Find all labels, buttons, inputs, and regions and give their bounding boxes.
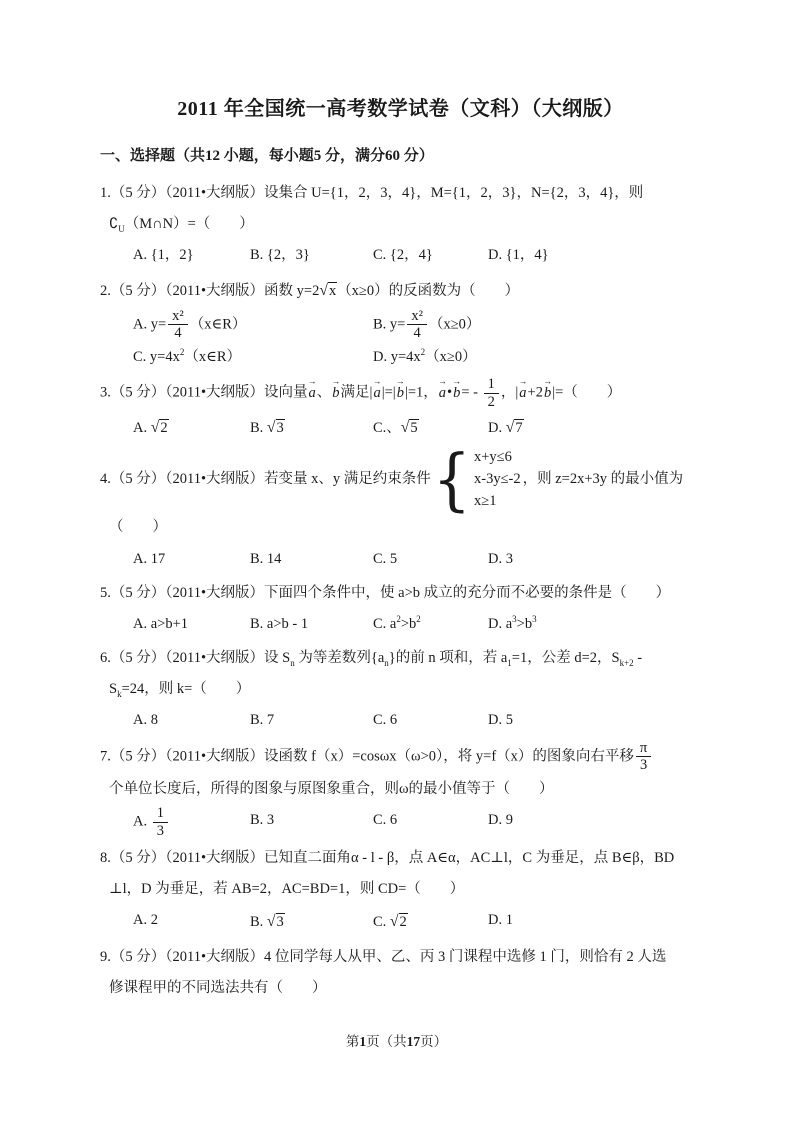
text-run: D. 9	[488, 812, 513, 828]
vector: a	[308, 378, 317, 409]
text-run: 为等差数列{a	[295, 650, 385, 666]
text-run: D. 1	[488, 912, 513, 928]
text-run: 8.（5 分）（2011•大纲版）已知直二面角α - l - β，点 A∈α，A…	[100, 850, 674, 866]
option-b: B. {2，3}	[250, 240, 373, 271]
question-8-line-2: ⊥l，D 为垂足，若 AB=2，AC=BD=1，则 CD=（ ）	[100, 874, 701, 905]
radicand: 7	[514, 419, 523, 437]
question-5: 5.（5 分）（2011•大纲版）下面四个条件中，使 a>b 成立的充分而不必要…	[100, 578, 701, 640]
vector: b	[452, 378, 461, 409]
radical-icon: √	[151, 419, 160, 436]
text-run: =24，则 k=（ ）	[122, 681, 251, 697]
option-d: D. y=4x2（x≥0）	[373, 342, 701, 373]
square-root: √3	[267, 914, 285, 930]
square-root: √2	[151, 420, 169, 436]
denominator: 4	[168, 325, 188, 342]
text-run: 修课程甲的不同选法共有（ ）	[109, 980, 327, 996]
radicand: 5	[409, 419, 418, 437]
radicand: x	[328, 282, 337, 300]
option-a: A. 8	[133, 705, 250, 736]
section-heading: 一、选择题（共12 小题，每小题5 分，满分60 分）	[100, 145, 701, 168]
option-c: C. {2，4}	[373, 240, 488, 271]
question-7-line-2: 个单位长度后，所得的图象与原图象重合，则ω的最小值等于（ ）	[100, 774, 701, 805]
question-1-line-2: ∁U（M∩N）=（ ）	[100, 209, 701, 240]
vector: b	[331, 378, 340, 409]
option-c: C. a2>b2	[373, 609, 488, 640]
fraction: π3	[636, 740, 651, 774]
square-root: √5	[401, 420, 419, 436]
question-2: 2.（5 分）（2011•大纲版）函数 y=2√x（x≥0）的反函数为（ ） A…	[100, 274, 701, 373]
text-run: B. a>b - 1	[250, 616, 308, 632]
text-run: =1，公差 d=2，S	[512, 650, 620, 666]
option-a: A. a>b+1	[133, 609, 250, 640]
text-run: |=（ ）	[552, 385, 621, 401]
fraction: x²4	[168, 308, 188, 342]
text-run: D. a	[488, 616, 512, 632]
superscript: 3	[532, 614, 537, 624]
option-c: C. y=4x2（x∈R）	[133, 342, 373, 373]
text-run: -	[634, 650, 642, 666]
text-run: C. y=4x	[133, 349, 180, 365]
question-6-options: A. 8 B. 7 C. 6 D. 5	[100, 705, 701, 736]
option-a: A. 17	[133, 544, 250, 575]
question-6-line-2: Sk=24，则 k=（ ）	[100, 674, 701, 705]
text-run: 、	[317, 385, 332, 401]
numerator: x²	[407, 308, 427, 326]
text-run: （x∈R）	[184, 349, 241, 365]
left-brace-icon: {	[433, 446, 471, 513]
square-root: √x	[319, 283, 337, 299]
text-run: +2	[528, 385, 543, 401]
text-run: A. y=	[133, 316, 166, 332]
text-run: D. y=4x	[373, 349, 421, 365]
exam-page: 2011 年全国统一高考数学试卷（文科）（大纲版） 一、选择题（共12 小题，每…	[0, 0, 793, 1122]
text-run: C. {2，4}	[373, 247, 433, 263]
question-4-line-1: 4.（5 分）（2011•大纲版）若变量 x、y 满足约束条件{x+y≤6x-3…	[100, 447, 701, 512]
constraint-lines: x+y≤6x-3y≤-2x≥1	[474, 447, 521, 512]
text-run: D. {1，4}	[488, 247, 549, 263]
text-run: ，|	[501, 385, 518, 401]
radicand: 2	[159, 419, 168, 437]
text-run: 第	[346, 1034, 360, 1049]
question-1: 1.（5 分）（2011•大纲版）设集合 U={1，2，3，4}，M={1，2，…	[100, 178, 701, 272]
option-c: C. 5	[373, 544, 488, 575]
text-run: 1.（5 分）（2011•大纲版）设集合 U={1，2，3，4}，M={1，2，…	[100, 185, 643, 201]
text-run: 个单位长度后，所得的图象与原图象重合，则ω的最小值等于（ ）	[109, 781, 554, 797]
text-run: 2.（5 分）（2011•大纲版）函数 y=2	[100, 283, 319, 299]
question-3-line-1: 3.（5 分）（2011•大纲版）设向量a、b满足|a|=|b|=1，a•b= …	[100, 376, 701, 410]
text-run: （x∈R）	[190, 316, 247, 332]
text-run: 9.（5 分）（2011•大纲版）4 位同学每人从甲、乙、丙 3 门课程中选修 …	[100, 949, 666, 965]
text-run: D.	[488, 420, 506, 436]
option-d: D. √7	[488, 411, 701, 445]
option-c: C.、√5	[373, 411, 488, 445]
option-d: D. 5	[488, 705, 701, 736]
radical-icon: √	[401, 419, 410, 436]
radicand: 3	[276, 419, 285, 437]
superscript: 2	[416, 614, 421, 624]
text-run: C. a	[373, 616, 396, 632]
vector: a	[438, 378, 447, 409]
denominator: 3	[153, 823, 168, 840]
option-d: D. a3>b3	[488, 609, 701, 640]
question-9-line-2: 修课程甲的不同选法共有（ ）	[100, 973, 701, 1004]
option-c: C. 6	[373, 805, 488, 839]
page-title: 2011 年全国统一高考数学试卷（文科）（大纲版）	[100, 96, 701, 123]
option-b: B. √3	[250, 905, 373, 939]
question-2-line-1: 2.（5 分）（2011•大纲版）函数 y=2√x（x≥0）的反函数为（ ）	[100, 274, 701, 308]
text-run: 页（共	[366, 1034, 407, 1049]
text-run: A. a>b+1	[133, 616, 188, 632]
fraction: x²4	[407, 308, 427, 342]
square-root: √2	[390, 914, 408, 930]
radical-icon: √	[319, 282, 328, 299]
text-run: C.、	[373, 420, 401, 436]
radicand: 3	[276, 913, 285, 931]
text-run: （x≥0）的反函数为（ ）	[337, 283, 519, 299]
radical-icon: √	[390, 913, 399, 930]
question-6: 6.（5 分）（2011•大纲版）设 Sn 为等差数列{an}的前 n 项和，若…	[100, 643, 701, 737]
vector: b	[396, 378, 405, 409]
text-run: ，则 z=2x+3y 的最小值为	[523, 471, 684, 487]
square-root: √3	[267, 420, 285, 436]
text-run: 3.（5 分）（2011•大纲版）设向量	[100, 385, 308, 401]
text-run: C. 5	[373, 551, 397, 567]
question-7-line-1: 7.（5 分）（2011•大纲版）设函数 f（x）=cosωx（ω>0），将 y…	[100, 740, 701, 774]
option-a: A. 2	[133, 905, 250, 939]
text-run: 5.（5 分）（2011•大纲版）下面四个条件中，使 a>b 成立的充分而不必要…	[100, 585, 670, 601]
question-7-options: A. 13 B. 3 C. 6 D. 9	[100, 805, 701, 839]
text-run: ∁	[109, 216, 118, 232]
text-run: >b	[401, 616, 416, 632]
text-run: }的前 n 项和，若 a	[389, 650, 508, 666]
text-run: A. 2	[133, 912, 158, 928]
question-6-line-1: 6.（5 分）（2011•大纲版）设 Sn 为等差数列{an}的前 n 项和，若…	[100, 643, 701, 674]
denominator: 4	[407, 325, 427, 342]
text-run: 满足|	[341, 385, 373, 401]
option-b: B. 14	[250, 544, 373, 575]
question-4: 4.（5 分）（2011•大纲版）若变量 x、y 满足约束条件{x+y≤6x-3…	[100, 447, 701, 575]
question-4-options: A. 17 B. 14 C. 5 D. 3	[100, 544, 701, 575]
question-5-options: A. a>b+1 B. a>b - 1 C. a2>b2 D. a3>b3	[100, 609, 701, 640]
question-8: 8.（5 分）（2011•大纲版）已知直二面角α - l - β，点 A∈α，A…	[100, 843, 701, 939]
text-run: C. 6	[373, 712, 397, 728]
question-1-options: A. {1，2} B. {2，3} C. {2，4} D. {1，4}	[100, 240, 701, 271]
option-c: C. 6	[373, 705, 488, 736]
text-run: B.	[250, 420, 267, 436]
option-d: D. 3	[488, 544, 701, 575]
constraint-line-2: x-3y≤-2	[474, 469, 521, 491]
text-run: B. y=	[373, 316, 405, 332]
constraint-line-3: x≥1	[474, 491, 521, 513]
text-run: 页）	[420, 1034, 447, 1049]
option-d: D. 9	[488, 805, 701, 839]
text-run: （ ）	[109, 519, 167, 535]
text-run: A. 17	[133, 551, 165, 567]
vector: b	[543, 378, 552, 409]
question-1-line-1: 1.（5 分）（2011•大纲版）设集合 U={1，2，3，4}，M={1，2，…	[100, 178, 701, 209]
denominator: 2	[484, 394, 499, 411]
page-number-footer: 第1页（共17页）	[0, 1030, 793, 1050]
text-run: |=1，	[405, 385, 438, 401]
text-run: >b	[517, 616, 532, 632]
option-c: C. √2	[373, 905, 488, 939]
option-a: A. √2	[133, 411, 250, 445]
option-b: B. a>b - 1	[250, 609, 373, 640]
text-run: S	[109, 681, 117, 697]
option-a: A. y=x²4（x∈R）	[133, 308, 373, 342]
option-d: D. 1	[488, 905, 701, 939]
option-a: A. {1，2}	[133, 240, 250, 271]
numerator: x²	[168, 308, 188, 326]
numerator: 1	[484, 376, 499, 394]
text-run: D. 3	[488, 551, 513, 567]
constraint-line-1: x+y≤6	[474, 447, 521, 469]
text-run: （M∩N）=（ ）	[125, 216, 254, 232]
question-8-line-1: 8.（5 分）（2011•大纲版）已知直二面角α - l - β，点 A∈α，A…	[100, 843, 701, 874]
question-7: 7.（5 分）（2011•大纲版）设函数 f（x）=cosωx（ω>0），将 y…	[100, 740, 701, 840]
radical-icon: √	[506, 419, 515, 436]
fraction: 13	[153, 805, 168, 839]
question-5-line-1: 5.（5 分）（2011•大纲版）下面四个条件中，使 a>b 成立的充分而不必要…	[100, 578, 701, 609]
text-run: |=|	[382, 385, 396, 401]
question-4-stem-pre: 4.（5 分）（2011•大纲版）若变量 x、y 满足约束条件	[100, 471, 431, 487]
denominator: 3	[636, 757, 651, 774]
option-b: B. √3	[250, 411, 373, 445]
text-run: A. {1，2}	[133, 247, 194, 263]
text-run: （x≥0）	[425, 349, 476, 365]
bold-text-run: 17	[407, 1034, 421, 1049]
question-3-options: A. √2 B. √3 C.、√5 D. √7	[100, 411, 701, 445]
question-4-stem-post: ，则 z=2x+3y 的最小值为	[523, 471, 684, 487]
text-run: A.	[133, 420, 151, 436]
option-d: D. {1，4}	[488, 240, 701, 271]
question-4-line-2: （ ）	[100, 512, 701, 543]
square-root: √7	[506, 420, 524, 436]
radicand: 2	[399, 913, 408, 931]
text-run: （x≥0）	[429, 316, 480, 332]
question-8-options: A. 2 B. √3 C. √2 D. 1	[100, 905, 701, 939]
text-run: C.	[373, 914, 390, 930]
text-run: ⊥l，D 为垂足，若 AB=2，AC=BD=1，则 CD=（ ）	[109, 881, 464, 897]
text-run: 7.（5 分）（2011•大纲版）设函数 f（x）=cosωx（ω>0），将 y…	[100, 748, 634, 764]
text-run: D. 5	[488, 712, 513, 728]
option-b: B. 3	[250, 805, 373, 839]
text-run: A.	[133, 814, 151, 830]
radical-icon: √	[267, 913, 276, 930]
question-2-options-row-2: C. y=4x2（x∈R） D. y=4x2（x≥0）	[100, 342, 701, 373]
vector: a	[518, 378, 527, 409]
subscript: k+2	[620, 658, 634, 668]
text-run: B. {2，3}	[250, 247, 310, 263]
question-3: 3.（5 分）（2011•大纲版）设向量a、b满足|a|=|b|=1，a•b= …	[100, 376, 701, 444]
numerator: π	[636, 740, 651, 758]
option-b: B. 7	[250, 705, 373, 736]
fraction: 12	[484, 376, 499, 410]
question-9-line-1: 9.（5 分）（2011•大纲版）4 位同学每人从甲、乙、丙 3 门课程中选修 …	[100, 942, 701, 973]
numerator: 1	[153, 805, 168, 823]
question-9: 9.（5 分）（2011•大纲版）4 位同学每人从甲、乙、丙 3 门课程中选修 …	[100, 942, 701, 1004]
text-run: B. 3	[250, 812, 274, 828]
radical-icon: √	[267, 419, 276, 436]
text-run: B. 14	[250, 551, 281, 567]
option-a: A. 13	[133, 805, 250, 839]
constraint-system: {x+y≤6x-3y≤-2x≥1	[433, 447, 521, 512]
text-run: 6.（5 分）（2011•大纲版）设 S	[100, 650, 290, 666]
vector: a	[372, 378, 381, 409]
text-run: = -	[461, 385, 481, 401]
text-run: 4.（5 分）（2011•大纲版）若变量 x、y 满足约束条件	[100, 471, 431, 487]
text-run: C. 6	[373, 812, 397, 828]
text-run: A. 8	[133, 712, 158, 728]
text-run: B. 7	[250, 712, 274, 728]
text-run: B.	[250, 914, 267, 930]
question-2-options-row-1: A. y=x²4（x∈R） B. y=x²4（x≥0）	[100, 308, 701, 342]
option-b: B. y=x²4（x≥0）	[373, 308, 701, 342]
